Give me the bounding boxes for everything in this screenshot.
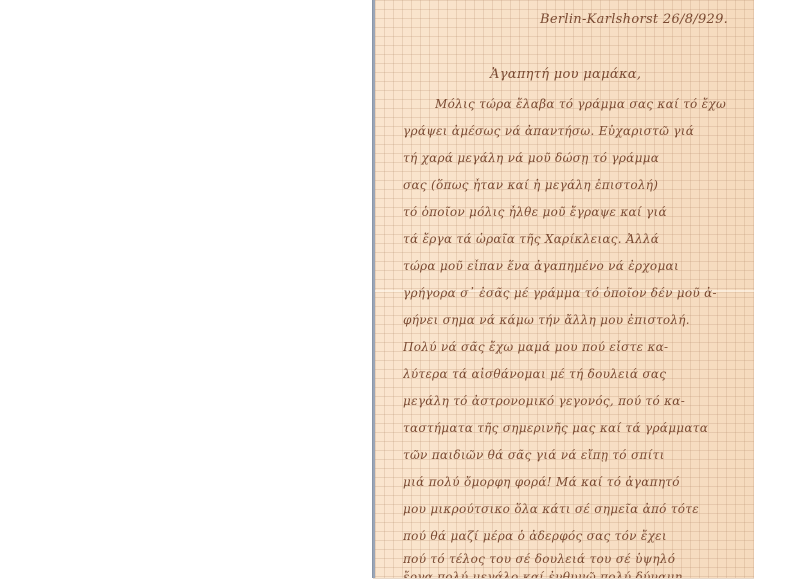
- letter-line: μεγάλη τό ἀστρονομικό γεγονός, πού τό κα…: [403, 394, 743, 408]
- letter-line: τῶν παιδιῶν θά σᾶς γιά νά εἴπῃ τό σπίτι: [403, 448, 743, 462]
- letter-line: τά ἔργα τά ὡραῖα τῆς Χαρίκλειας. Ἀλλά: [403, 232, 743, 246]
- letter-line: ταστήματα τῆς σημερινῆς μας καί τά γράμμ…: [403, 421, 743, 435]
- letter-page: Berlin-Karlshorst 26/8/929. Ἀγαπητή μου …: [373, 0, 754, 578]
- letter-line: γράψει ἀμέσως νά ἀπαντήσω. Εὐχαριστῶ γιά: [403, 124, 743, 138]
- letter-line: γρήγορα σ᾽ ἐσᾶς μέ γράμμα τό ὁποῖον δέν …: [403, 286, 743, 300]
- letter-line: Μόλις τώρα ἔλαβα τό γράμμα σας καί τό ἔχ…: [435, 97, 745, 111]
- letter-line: ἔργα πολύ μεγάλο καί ἐνθυμῶ πολύ δύναμη.: [403, 570, 743, 578]
- letter-dateline: Berlin-Karlshorst 26/8/929.: [540, 12, 728, 27]
- letter-line: τή χαρά μεγάλη νά μοῦ δώσῃ τό γράμμα: [403, 151, 743, 165]
- letter-line: τώρα μοῦ εἶπαν ἕνα ἀγαπημένο νά ἐρχομαι: [403, 259, 743, 273]
- letter-line: Πολύ νά σᾶς ἔχω μαμά μου πού εἶστε κα-: [403, 340, 743, 354]
- letter-line: μιά πολύ ὄμορφη φορά! Μά καί τό ἀγαπητό: [403, 475, 743, 489]
- letter-line: τό ὁποῖον μόλις ἦλθε μοῦ ἔγραψε καί γιά: [403, 205, 743, 219]
- letter-line: πού τό τέλος του σέ δουλειά του σέ ὑψηλό: [403, 552, 743, 566]
- document-viewer: Berlin-Karlshorst 26/8/929. Ἀγαπητή μου …: [0, 0, 800, 581]
- letter-line: μου μικρούτσικο ὅλα κάτι σέ σημεῖα ἀπό τ…: [403, 502, 743, 516]
- letter-line: λύτερα τά αἰσθάνομαι μέ τή δουλειά σας: [403, 367, 743, 381]
- letter-salutation: Ἀγαπητή μου μαμάκα,: [490, 67, 641, 82]
- letter-line: σας (ὅπως ἦταν καί ἡ μεγάλη ἐπιστολή): [403, 178, 743, 192]
- letter-line: πού θά μαζί μέρα ὁ ἀδερφός σας τόν ἔχει: [403, 529, 743, 543]
- letter-line: φήνει σημα νά κάμω τήν ἄλλη μου ἐπιστολή…: [403, 313, 743, 327]
